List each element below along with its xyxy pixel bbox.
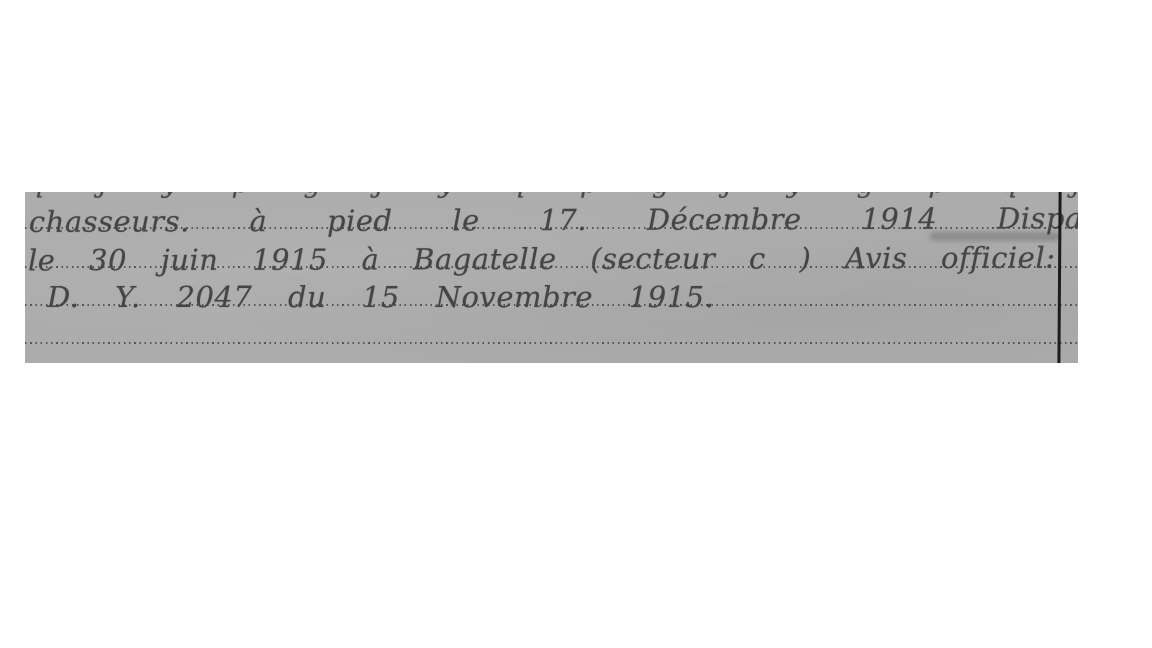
column-divider-line xyxy=(1057,192,1061,363)
handwriting-line-1: chasseurs. à pied le 17. Décembre 1914 D… xyxy=(29,201,1078,239)
scanned-register-strip: q j y p g j y q p g j y g p q j y g p j … xyxy=(25,192,1078,363)
truncated-handwriting-fragments: q j y p g j y q p g j y g p q j y g p j xyxy=(27,192,1078,199)
ruled-dotted-line-4 xyxy=(25,342,1078,344)
handwriting-line-3: D. Y. 2047 du 15 Novembre 1915. xyxy=(47,280,714,314)
page-background: q j y p g j y q p g j y g p q j y g p j … xyxy=(0,0,1152,648)
handwriting-line-2: le 30 juin 1915 à Bagatelle (secteur c )… xyxy=(28,241,1056,278)
